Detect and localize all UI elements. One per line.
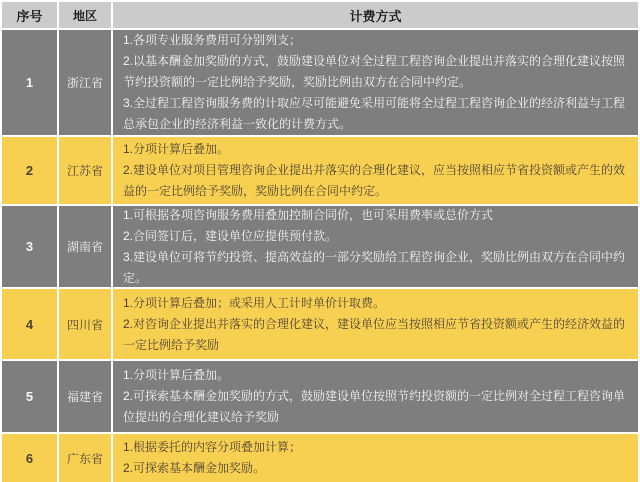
table-row: 1 浙江省 1.各项专业服务费用可分别列支； 2.以基本酬金加奖励的方式，鼓励建… [2, 30, 638, 135]
billing-method-cell: 1.各项专业服务费用可分别列支； 2.以基本酬金加奖励的方式，鼓励建设单位对全过… [113, 30, 638, 135]
billing-method-item: 2.可探索基本酬金加奖励的方式，鼓励建设单位按照节约投资额的一定比例对全过程工程… [123, 386, 628, 428]
billing-method-item: 2.合同签订后，建设单位应提供预付款。 [123, 226, 628, 247]
table-row: 6 广东省 1.根据委托的内容分项叠加计算； 2.可探索基本酬金加奖励。 [2, 434, 638, 482]
billing-method-item: 2.建设单位对项目管理咨询企业提出并落实的合理化建议，应当按照相应节省投资额或产… [123, 160, 628, 202]
billing-method-cell: 1.分项计算后叠加。 2.可探索基本酬金加奖励的方式，鼓励建设单位按照节约投资额… [113, 361, 638, 432]
row-number: 5 [2, 361, 57, 432]
billing-method-item: 1.可根据各项咨询服务费用叠加控制合同价，也可采用费率或总价方式 [123, 205, 628, 226]
billing-method-item: 2.对咨询企业提出并落实的合理化建议，建设单位应当按照相应节省投资额或产生的经济… [123, 314, 628, 356]
billing-method-item: 3.建设单位可将节约投资、提高效益的一部分奖励给工程咨询企业，奖励比例由双方在合… [123, 247, 628, 289]
region-cell: 四川省 [59, 289, 111, 359]
billing-method-item: 1.分项计算后叠加。 [123, 365, 628, 386]
row-number: 2 [2, 137, 57, 204]
row-number: 3 [2, 206, 57, 287]
region-cell: 湖南省 [59, 206, 111, 287]
header-region: 地区 [59, 2, 111, 28]
region-cell: 广东省 [59, 434, 111, 482]
region-cell: 江苏省 [59, 137, 111, 204]
row-number: 4 [2, 289, 57, 359]
billing-method-item: 1.各项专业服务费用可分别列支； [123, 30, 628, 51]
billing-method-item: 2.以基本酬金加奖励的方式，鼓励建设单位对全过程工程咨询企业提出并落实的合理化建… [123, 51, 628, 93]
billing-method-cell: 1.可根据各项咨询服务费用叠加控制合同价，也可采用费率或总价方式 2.合同签订后… [113, 206, 638, 287]
billing-method-cell: 1.分项计算后叠加；或采用人工计时单价计取费。 2.对咨询企业提出并落实的合理化… [113, 289, 638, 359]
table-row: 4 四川省 1.分项计算后叠加；或采用人工计时单价计取费。 2.对咨询企业提出并… [2, 289, 638, 359]
table-header-row: 序号 地区 计费方式 [2, 2, 638, 28]
table-row: 3 湖南省 1.可根据各项咨询服务费用叠加控制合同价，也可采用费率或总价方式 2… [2, 206, 638, 287]
region-cell: 福建省 [59, 361, 111, 432]
table-row: 5 福建省 1.分项计算后叠加。 2.可探索基本酬金加奖励的方式，鼓励建设单位按… [2, 361, 638, 432]
header-billing-method: 计费方式 [113, 2, 638, 28]
billing-method-cell: 1.分项计算后叠加。 2.建设单位对项目管理咨询企业提出并落实的合理化建议，应当… [113, 137, 638, 204]
region-cell: 浙江省 [59, 30, 111, 135]
billing-method-item: 1.分项计算后叠加。 [123, 139, 628, 160]
row-number: 6 [2, 434, 57, 482]
billing-method-table: 序号 地区 计费方式 1 浙江省 1.各项专业服务费用可分别列支； 2.以基本酬… [0, 0, 640, 482]
table-row: 2 江苏省 1.分项计算后叠加。 2.建设单位对项目管理咨询企业提出并落实的合理… [2, 137, 638, 204]
billing-method-item: 2.可探索基本酬金加奖励。 [123, 458, 628, 479]
billing-method-item: 1.根据委托的内容分项叠加计算； [123, 437, 628, 458]
billing-method-cell: 1.根据委托的内容分项叠加计算； 2.可探索基本酬金加奖励。 [113, 434, 638, 482]
header-no: 序号 [2, 2, 57, 28]
billing-method-item: 1.分项计算后叠加；或采用人工计时单价计取费。 [123, 293, 628, 314]
billing-method-item: 3.全过程工程咨询服务费的计取应尽可能避免采用可能将全过程工程咨询企业的经济利益… [123, 93, 628, 135]
row-number: 1 [2, 30, 57, 135]
